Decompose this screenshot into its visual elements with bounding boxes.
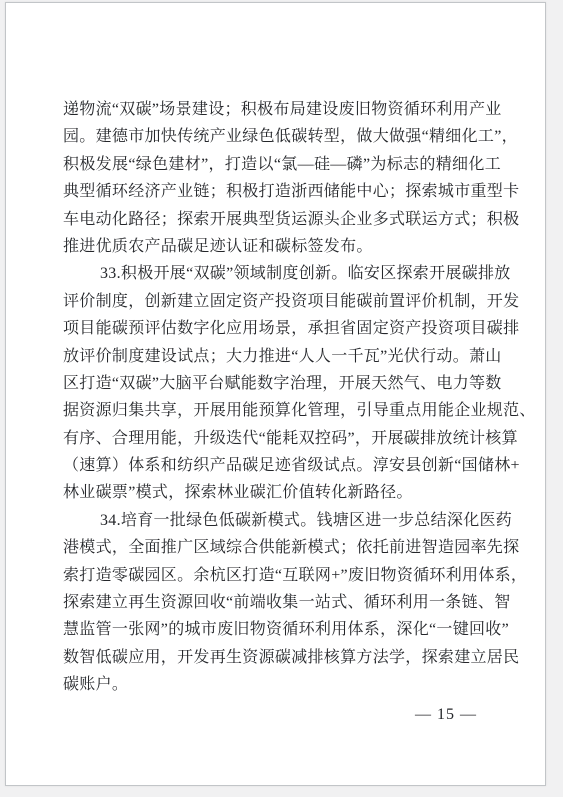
paragraph-continuation-line: 车电动化路径；探索开展典型货运源头企业多式联运方式；积极: [63, 206, 501, 233]
page-number: — 15 —: [415, 706, 477, 724]
paragraph-continuation-line: 推进优质农产品碳足迹认证和碳标签发布。: [63, 233, 501, 260]
paragraph-item-33-line: （速算）体系和纺织产品碳足迹省级试点。淳安县创新“国储林+: [63, 452, 501, 479]
paragraph-continuation-line: 典型循环经济产业链；积极打造浙西储能中心；探索城市重型卡: [63, 178, 501, 205]
paragraph-continuation-line: 园。建德市加快传统产业绿色低碳转型，做大做强“精细化工”，: [63, 123, 501, 150]
paragraph-item-34-line: 探索建立再生资源回收“前端收集一站式、循环利用一条链、智: [63, 589, 501, 616]
paragraph-item-33-line: 33.积极开展“双碳”领域制度创新。临安区探索开展碳排放: [63, 260, 501, 287]
paragraph-continuation-line: 递物流“双碳”场景建设；积极布局建设废旧物资循环利用产业: [63, 96, 501, 123]
paragraph-item-33-line: 项目能碳预评估数字化应用场景，承担省固定资产投资项目碳排: [63, 315, 501, 342]
paragraph-item-34-line: 碳账户。: [63, 671, 501, 698]
paragraph-item-33-line: 据资源归集共享，开展用能预算化管理，引导重点用能企业规范、: [63, 397, 501, 424]
paragraph-item-33-line: 评价制度，创新建立固定资产投资项目能碳前置评价机制，开发: [63, 288, 501, 315]
paragraph-item-34-line: 港模式，全面推广区域综合供能新模式；依托前进智造园率先探: [63, 534, 501, 561]
paragraph-item-34-line: 数智低碳应用，开发再生资源碳减排核算方法学，探索建立居民: [63, 644, 501, 671]
paragraph-item-33-line: 区打造“双碳”大脑平台赋能数字治理，开展天然气、电力等数: [63, 370, 501, 397]
paragraph-item-34-line: 34.培育一批绿色低碳新模式。钱塘区进一步总结深化医药: [63, 507, 501, 534]
paragraph-item-33-line: 林业碳票”模式，探索林业碳汇价值转化新路径。: [63, 479, 501, 506]
document-body: 递物流“双碳”场景建设；积极布局建设废旧物资循环利用产业园。建德市加快传统产业绿…: [63, 96, 501, 699]
paragraph-continuation-line: 积极发展“绿色建材”，打造以“氯—硅—磷”为标志的精细化工: [63, 151, 501, 178]
paragraph-item-34-line: 索打造零碳园区。余杭区打造“互联网+”废旧物资循环利用体系，: [63, 562, 501, 589]
paragraph-item-33-line: 放评价制度建设试点；大力推进“人人一千瓦”光伏行动。萧山: [63, 343, 501, 370]
document-page: 递物流“双碳”场景建设；积极布局建设废旧物资循环利用产业园。建德市加快传统产业绿…: [5, 2, 546, 786]
paragraph-item-34-line: 慧监管一张网”的城市废旧物资循环利用体系，深化“一键回收”: [63, 616, 501, 643]
scanned-document-viewport: { "document": { "colors": { "canvas_back…: [0, 0, 563, 797]
paragraph-item-33-line: 有序、合理用能，升级迭代“能耗双控码”，开展碳排放统计核算: [63, 425, 501, 452]
